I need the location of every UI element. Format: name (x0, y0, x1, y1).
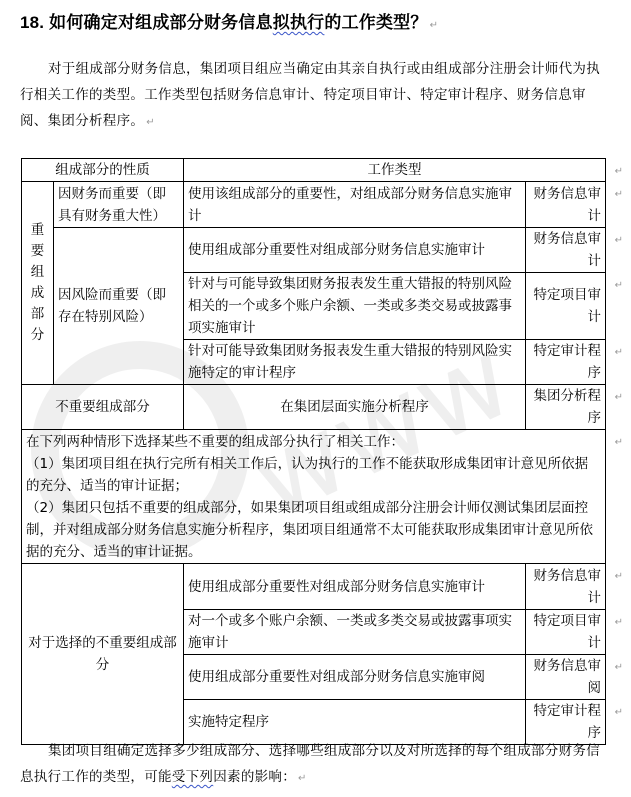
table-row: 重 要 组 成 部 分 因财务而重要（即具有财务重大性） 使用该组成部分的重要性… (22, 182, 606, 228)
work-type: 集团分析程序↵ (526, 385, 606, 430)
note-item-1: （1）集团项目组在执行完所有相关工作后，认为执行的工作不能获取形成集团审计意见所… (26, 453, 601, 497)
selected-unimportant-nature: 对于选择的不重要组成部分 (22, 564, 184, 745)
work-type: 财务信息审计↵ (526, 564, 606, 610)
closing-text-2: 因素的影响： (213, 769, 296, 785)
table-row-unimportant: 不重要组成部分 在集团层面实施分析程序 集团分析程序↵ (22, 385, 606, 430)
row-mark-icon: ↵ (615, 230, 623, 252)
work-description: 在集团层面实施分析程序 (184, 385, 526, 430)
row-mark-icon: ↵ (615, 161, 623, 183)
work-type: 财务信息审阅↵ (526, 655, 606, 700)
row-mark-icon: ↵ (615, 657, 623, 679)
title-prefix: 18. 如何确定对组成部分财务信息 (20, 13, 273, 32)
page-title: 18. 如何确定对组成部分财务信息拟执行的工作类型？↵ (20, 8, 438, 33)
title-suffix: 的工作类型？ (324, 13, 427, 32)
work-description: 针对与可能导致集团财务报表发生重大错报的特别风险相关的一个或多个账户余额、一类或… (184, 273, 526, 340)
table-header-row: 组成部分的性质 工作类型↵ (22, 159, 606, 182)
row-mark-icon: ↵ (615, 184, 623, 206)
work-description: 使用组成部分重要性对组成部分财务信息实施审计 (184, 564, 526, 610)
closing-text-1: 集团项目组确定选择多少组成部分、选择哪些组成部分以及对所选择的每个组成部分财务信… (20, 743, 600, 785)
intro-text: 对于组成部分财务信息，集团项目组应当确定由其亲自执行或由组成部分注册会计师代为执… (20, 61, 600, 129)
work-description: 使用该组成部分的重要性，对组成部分财务信息实施审计 (184, 182, 526, 228)
work-type: 特定项目审计↵ (526, 273, 606, 340)
unimportant-nature: 不重要组成部分 (22, 385, 184, 430)
row-mark-icon: ↵ (615, 432, 623, 454)
work-type: 财务信息审计↵ (526, 228, 606, 273)
paragraph-mark-icon: ↵ (298, 773, 307, 784)
row-mark-icon: ↵ (615, 566, 623, 588)
table-row: 对于选择的不重要组成部分 使用组成部分重要性对组成部分财务信息实施审计 财务信息… (22, 564, 606, 610)
row-mark-icon: ↵ (615, 612, 623, 634)
work-type: 财务信息审计↵ (526, 182, 606, 228)
work-type: 特定审计程序↵ (526, 340, 606, 385)
intro-paragraph: 对于组成部分财务信息，集团项目组应当确定由其亲自执行或由组成部分注册会计师代为执… (20, 56, 610, 136)
row-mark-icon: ↵ (615, 702, 623, 724)
paragraph-mark-icon: ↵ (430, 20, 439, 31)
sub-nature-risk: 因风险而重要（即存在特别风险） (54, 228, 184, 385)
work-description: 使用组成部分重要性对组成部分财务信息实施审阅 (184, 655, 526, 700)
row-mark-icon: ↵ (615, 342, 623, 364)
work-description: 使用组成部分重要性对组成部分财务信息实施审计 (184, 228, 526, 273)
sub-nature-financial: 因财务而重要（即具有财务重大性） (54, 182, 184, 228)
header-nature: 组成部分的性质 (22, 159, 184, 182)
closing-paragraph: 集团项目组确定选择多少组成部分、选择哪些组成部分以及对所选择的每个组成部分财务信… (20, 738, 610, 792)
paragraph-mark-icon: ↵ (146, 117, 155, 128)
title-spellcheck-word: 拟执行 (273, 13, 325, 32)
table-row: 因风险而重要（即存在特别风险） 使用组成部分重要性对组成部分财务信息实施审计 财… (22, 228, 606, 273)
important-component-label: 重 要 组 成 部 分 (22, 182, 54, 385)
work-description: 对一个或多个账户余额、一类或多类交易或披露事项实施审计 (184, 610, 526, 655)
work-type-table: 组成部分的性质 工作类型↵ 重 要 组 成 部 分 因财务而重要（即具有财务重大… (21, 158, 606, 745)
note-intro: 在下列两种情形下选择某些不重要的组成部分执行了相关工作： (26, 431, 601, 453)
work-description: 针对可能导致集团财务报表发生重大错报的特别风险实施特定的审计程序 (184, 340, 526, 385)
note-cell: 在下列两种情形下选择某些不重要的组成部分执行了相关工作： （1）集团项目组在执行… (22, 430, 606, 564)
table-note-row: 在下列两种情形下选择某些不重要的组成部分执行了相关工作： （1）集团项目组在执行… (22, 430, 606, 564)
work-type: 特定项目审计↵ (526, 610, 606, 655)
row-mark-icon: ↵ (615, 275, 623, 297)
header-work-type: 工作类型↵ (184, 159, 606, 182)
note-item-2: （2）集团只包括不重要的组成部分，如果集团项目组或组成部分注册会计师仅测试集团层… (26, 497, 601, 563)
row-mark-icon: ↵ (615, 387, 623, 409)
closing-spellcheck-word: 受下列 (172, 769, 213, 785)
